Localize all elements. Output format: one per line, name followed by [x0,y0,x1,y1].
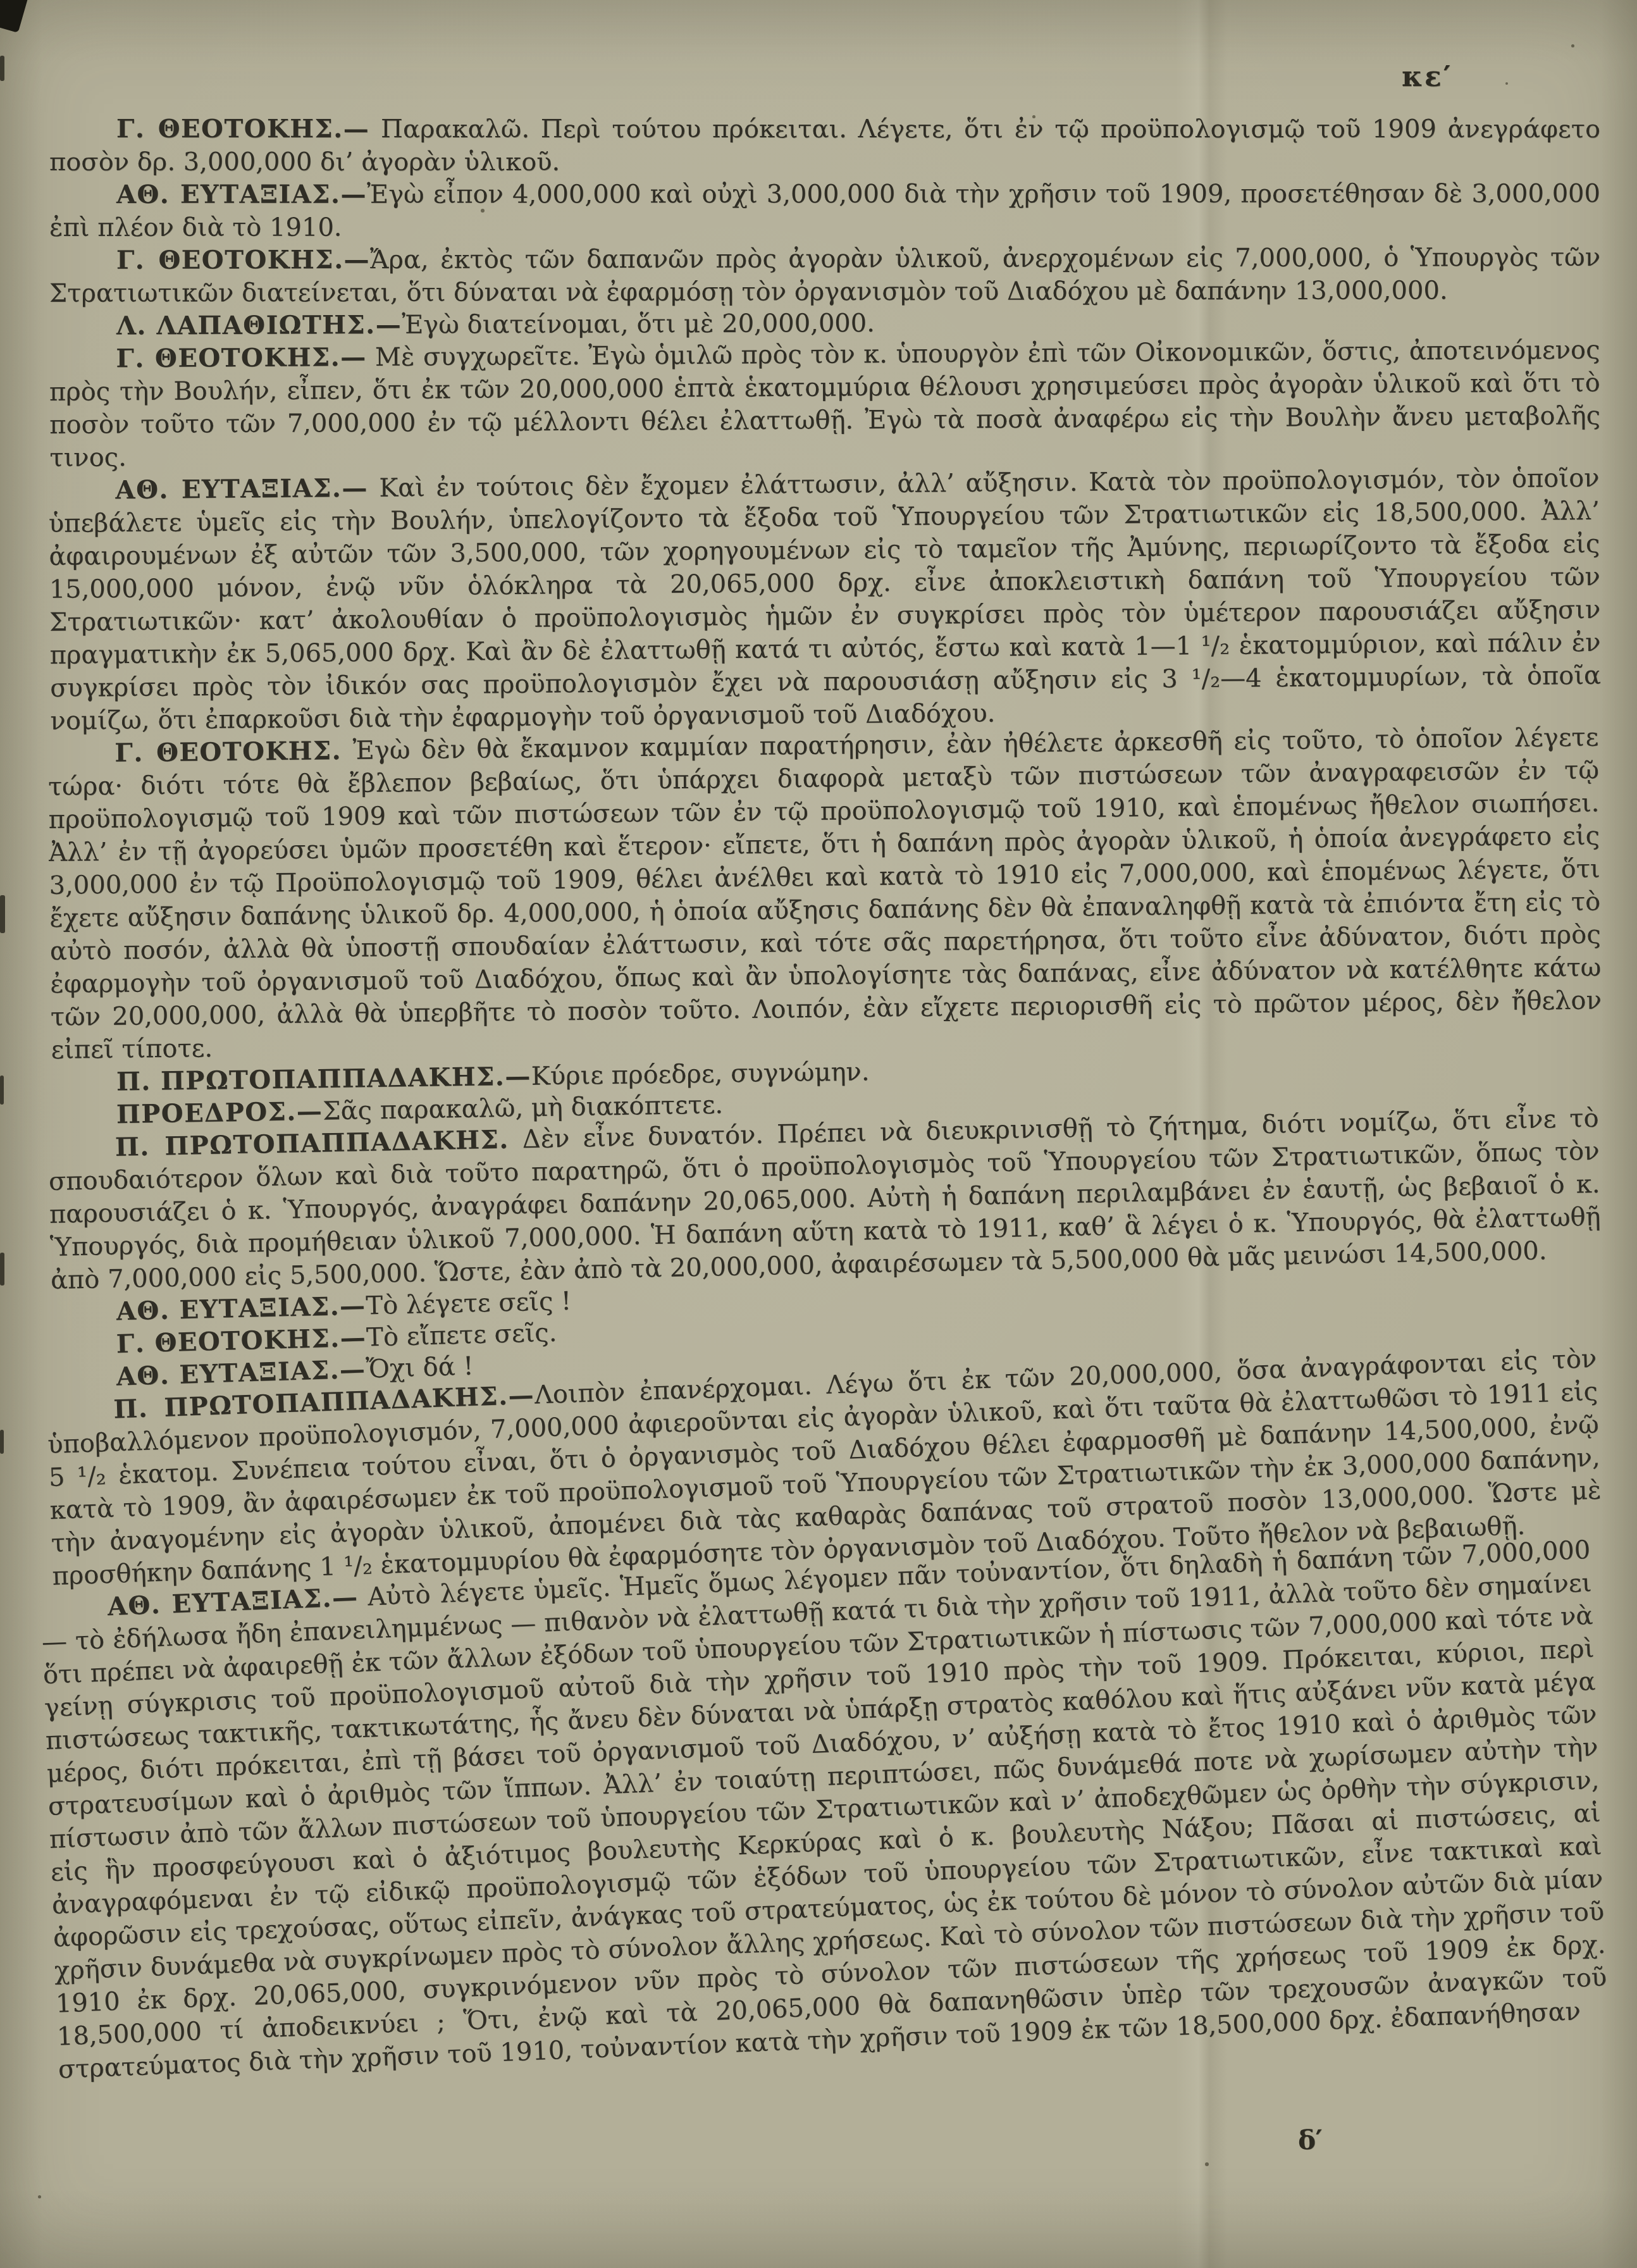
paper-speck [1505,82,1508,85]
proceedings-text-block: Γ. ΘΕΟΤΟΚΗΣ.— Παρακαλῶ. Περὶ τούτου πρόκ… [49,113,1600,2086]
speech-text: Ἐγὼ διατείνομαι, ὅτι μὲ 20,000,000. [402,309,875,340]
dialogue-paragraph: Γ. ΘΕΟΤΟΚΗΣ. Ἐγὼ δὲν θὰ ἔκαμνον καμμίαν … [47,721,1602,1067]
speaker-name: Γ. ΘΕΟΤΟΚΗΣ. [114,736,342,768]
speech-text: Ἐγὼ δὲν θὰ ἔκαμνον καμμίαν παρατήρησιν, … [48,722,1602,1065]
dialogue-paragraph: ΑΘ. ΕΥΤΑΞΙΑΣ.— Καὶ ἐν τούτοις δὲν ἔχομεν… [48,462,1601,738]
scan-edge-smudge [0,895,5,933]
dialogue-paragraph: ΑΘ. ΕΥΤΑΞΙΑΣ.— Αὐτὸ λέγετε ὑμεῖς. Ἡμεῖς … [40,1534,1609,2086]
speech-text: Τὸ εἴπετε σεῖς. [366,1318,557,1353]
speech-text: Κύριε πρόεδρε, συγνώμην. [531,1057,870,1091]
speech-text: Αὐτὸ λέγετε ὑμεῖς. Ἡμεῖς ὅμως λέγομεν πᾶ… [41,1535,1607,2085]
paper-speck [38,2195,41,2198]
dialogue-paragraph: ΑΘ. ΕΥΤΑΞΙΑΣ.—Ἐγὼ εἶπον 4,000,000 καὶ οὐ… [49,177,1600,244]
scan-edge-smudge [0,1430,4,1454]
speaker-name: ΠΡΟΕΔΡΟΣ.— [116,1096,323,1129]
page-corner-shadow [0,0,29,33]
dialogue-paragraph: Γ. ΘΕΟΤΟΚΗΣ.— Παρακαλῶ. Περὶ τούτου πρόκ… [49,113,1600,178]
scanned-page: κε′ Γ. ΘΕΟΤΟΚΗΣ.— Παρακαλῶ. Περὶ τούτου … [0,0,1637,2268]
speaker-name: ΑΘ. ΕΥΤΑΞΙΑΣ.— [116,1291,366,1326]
speaker-name: Γ. ΘΕΟΤΟΚΗΣ.— [116,245,370,275]
speaker-name: Π. ΠΡΩΤΟΠΑΠΠΑΔΑΚΗΣ. [114,1125,509,1162]
dialogue-paragraph: Γ. ΘΕΟΤΟΚΗΣ.—Ἄρα, ἐκτὸς τῶν δαπανῶν πρὸς… [49,241,1600,310]
speech-text: Καὶ ἐν τούτοις δὲν ἔχομεν ἐλάττωσιν, ἀλλ… [49,464,1601,736]
speaker-name: Λ. ΛΑΠΑΘΙΩΤΗΣ.— [116,310,402,341]
speaker-name: ΑΘ. ΕΥΤΑΞΙΑΣ.— [115,473,368,505]
speaker-name: ΑΘ. ΕΥΤΑΞΙΑΣ.— [116,180,367,209]
speaker-name: Γ. ΘΕΟΤΟΚΗΣ.— [116,114,369,144]
speaker-name: Γ. ΘΕΟΤΟΚΗΣ.— [116,342,366,373]
speech-text: Ὄχι δά ! [366,1352,474,1384]
speech-text: Τὸ λέγετε σεῖς ! [366,1287,572,1321]
scan-edge-smudge [0,56,4,81]
scan-edge-smudge [0,1253,4,1286]
paper-speck [1205,2162,1209,2166]
scan-edge-smudge [0,1075,4,1105]
dialogue-paragraph: Γ. ΘΕΟΤΟΚΗΣ.— Μὲ συγχωρεῖτε. Ἐγὼ ὁμιλῶ π… [49,333,1600,474]
speaker-name: Π. ΠΡΩΤΟΠΑΠΠΑΔΑΚΗΣ.— [116,1062,532,1097]
gathering-signature-mark: δ′ [1297,2124,1323,2155]
paper-speck [1571,44,1574,47]
page-number-folio: κε′ [1402,61,1452,93]
